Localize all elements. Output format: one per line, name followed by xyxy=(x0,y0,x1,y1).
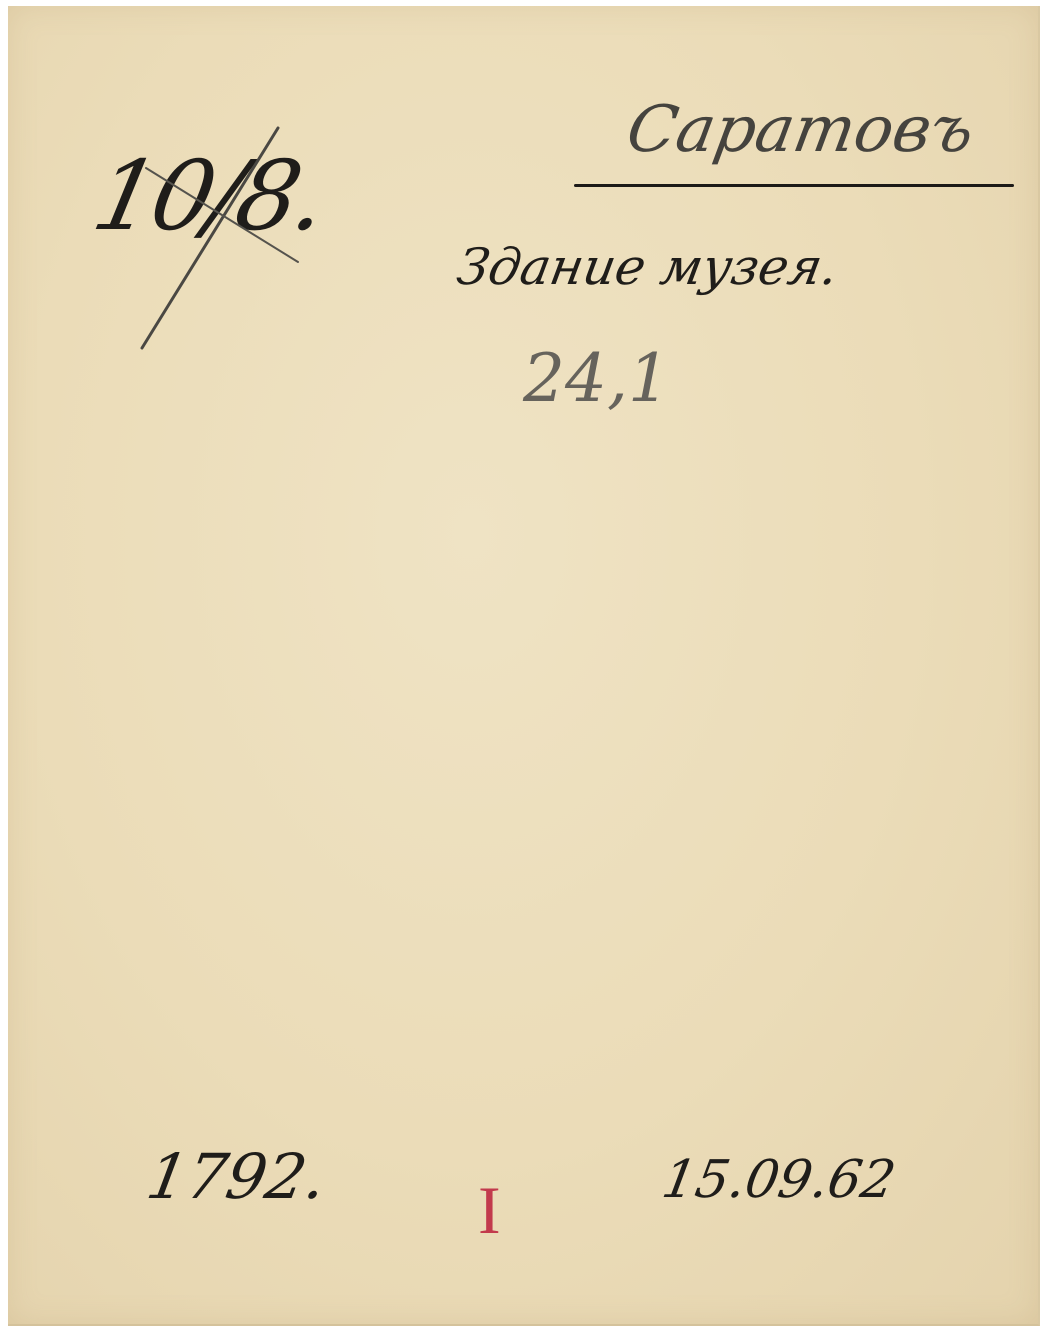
red-roman-numeral: I xyxy=(478,1176,501,1244)
catalog-number: 10/8. xyxy=(86,148,332,244)
city-underline xyxy=(574,184,1014,187)
bottom-left-number: 1792. xyxy=(143,1146,331,1208)
pencil-number: 24,1 xyxy=(523,346,670,412)
bottom-right-date: 15.09.62 xyxy=(658,1154,899,1206)
city-name: Саратовъ xyxy=(622,98,979,162)
caption: Здание музея. xyxy=(454,242,842,292)
archival-card: 10/8. Саратовъ Здание музея. 24,1 1792. … xyxy=(8,6,1040,1326)
